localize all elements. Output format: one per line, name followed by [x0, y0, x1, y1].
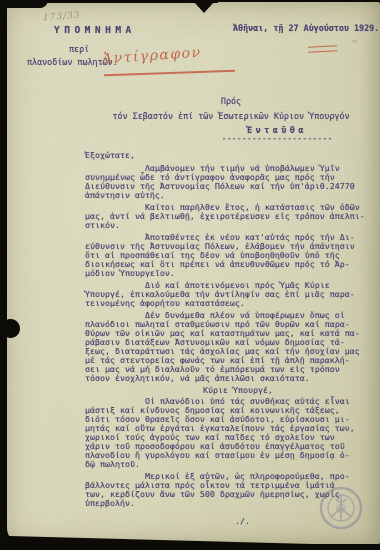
scan-edge-left — [0, 0, 7, 550]
recipient-block: Πρός τόν Σεβαστόν ἐπί τῶν Ἐσωτερικῶν Κύρ… — [85, 97, 377, 143]
pencil-mark: ≈ — [350, 36, 359, 47]
scan-corner-top-left — [0, 0, 48, 8]
round-stamp-icon — [319, 486, 363, 530]
salutation: Ἐξοχώτατε, — [85, 151, 379, 160]
paragraph: Δέν δυνάμεθα πλέον νά ὑποφέρωμεν ὅπως οἱ… — [85, 311, 379, 383]
archive-number: 173/33 — [43, 11, 81, 24]
recipient-to: Πρός — [85, 97, 377, 106]
red-underline — [104, 70, 235, 76]
memo-subject-line: περί — [69, 44, 89, 54]
paragraph: Οἱ πλανόδιοι ὑπό τάς συνθήκας αὐτάς εἶνα… — [85, 397, 379, 469]
paragraph: Διό καί ἀποτεινόμενοι πρός Ὑμᾶς Κύριε Ὑπ… — [85, 281, 379, 308]
red-double-mark — [308, 45, 337, 53]
hole-punch — [1, 319, 20, 338]
scan-wedge-top — [194, 2, 214, 13]
scanned-page: 173/33 ΥΠΟΜΝΗΜΑ περί πλανοδίων πωλητῶν. … — [0, 0, 380, 550]
vocative: Κύριε Ὑπουργέ, — [85, 386, 379, 395]
document-paper: 173/33 ΥΠΟΜΝΗΜΑ περί πλανοδίων πωλητῶν. … — [7, 2, 380, 544]
date-line: Ἀθῆναι, τῇ 27 Αὐγούστου 1929. — [233, 23, 379, 33]
paragraph: Ἀποταθέντες ἐκ νέου κατ'αὐτάς πρός τήν Δ… — [85, 233, 379, 278]
recipient-underline: ---------------------- — [131, 134, 380, 143]
paragraph: Λαμβάνομεν τήν τιμήν νά ὑποβάλωμεν Ὑμῖν … — [85, 164, 379, 200]
memo-title: ΥΠΟΜΝΗΜΑ — [54, 25, 136, 36]
paragraph: Καίτοι παρῆλθεν ἔτος, ἡ κατάστασις τῶν ὁ… — [85, 203, 379, 230]
copy-annotation-handwritten: Ἀντίγραφον — [102, 45, 203, 68]
recipient-line: τόν Σεβαστόν ἐπί τῶν Ἐσωτερικῶν Κύριον Ὑ… — [85, 112, 377, 121]
letter-body: Ἐξοχώτατε, Λαμβάνομεν τήν τιμήν νά ὑποβά… — [85, 151, 379, 529]
